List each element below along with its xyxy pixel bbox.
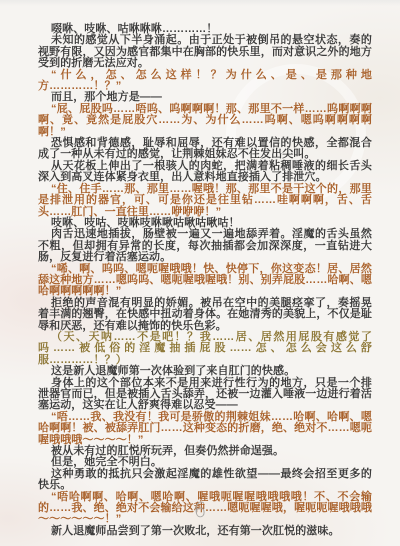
paragraph-dialogue: “住、住手……那、那里……喔哦！那、那里不是干这个的，那里是排泄用的器官，可、可… <box>38 184 372 218</box>
paragraph-dialogue: “屁、屁股吗……唔呜、呜啊啊啊！那、那里不一样……呜啊啊啊啊、竟、竟然是屁股穴…… <box>38 104 372 138</box>
text-block: 啜咻、吱咻、咕咻咻咻…………！ 未知的感觉从下半身涌起。由于正处于被倒吊的悬空状… <box>38 24 372 537</box>
paragraph-body: 身体上的这个部位本来不是用来进行性行为的地方，只是一个排泄器官而已，但是被插入舌… <box>38 378 372 412</box>
paragraph-body: 未知的感觉从下半身涌起。由于正处于被倒吊的悬空状态，奏的视野有限，又因为感官都集… <box>38 35 372 69</box>
paragraph-inner-thought: （天、天呐……不是吧！？我……居、居然用屁股有感觉了吗……被低俗的淫魔抽插屁股…… <box>38 332 372 366</box>
paragraph-body: 这种勇敢的抵抗只会激起淫魔的雄性欲望——最终会招至更多的快乐。 <box>38 469 372 492</box>
paragraph-body: 这是新人退魔师第一次体验到了来自肛门的快感。 <box>38 366 372 377</box>
paragraph-body: 恐惧感和背德感，耻辱和屈辱，还有难以置信的快感，全都混合成了一种从未有过的感觉，… <box>38 138 372 161</box>
paragraph-body: 拒绝的声音混有明显的娇媚。被吊在空中的美腿痉挛了，奏摇晃着丰满的翘臀，在快感中扭… <box>38 298 372 332</box>
paragraph-body: 新人退魔师品尝到了第一次败北，还有第一次肛悦的滋味。 <box>38 526 372 537</box>
paragraph-dialogue: “唏、啊、呜呜、嗯呃喔哦哦！快、快停下，你这变态！居、居然舔这种地方……嗯呜呜、… <box>38 264 372 298</box>
paragraph-body: 从天花板上伸出了一根骇人的肉蛇，把满着粘稠唾液的细长舌头深入到高叉连体紧身衣里，… <box>38 161 372 184</box>
paragraph-dialogue: “唔……我、我没有！我可是骄傲的荆棘姐妹……哈啊、哈啊、嗯哈啊啊！被、被舔弄肛门… <box>38 412 372 446</box>
page-number: 6 <box>0 498 400 522</box>
paragraph-body: 肉舌迅速地插拔，肠壁被一遍又一遍地舔弄着。淫魔的舌头虽然不粗，但却拥有异常的长度… <box>38 229 372 263</box>
paragraph-dialogue: “什么，怎、怎么这样！？为什么、是、是那种地方…………！？” <box>38 70 372 93</box>
novel-page: 啜咻、吱咻、咕咻咻咻…………！ 未知的感觉从下半身涌起。由于正处于被倒吊的悬空状… <box>0 0 400 546</box>
